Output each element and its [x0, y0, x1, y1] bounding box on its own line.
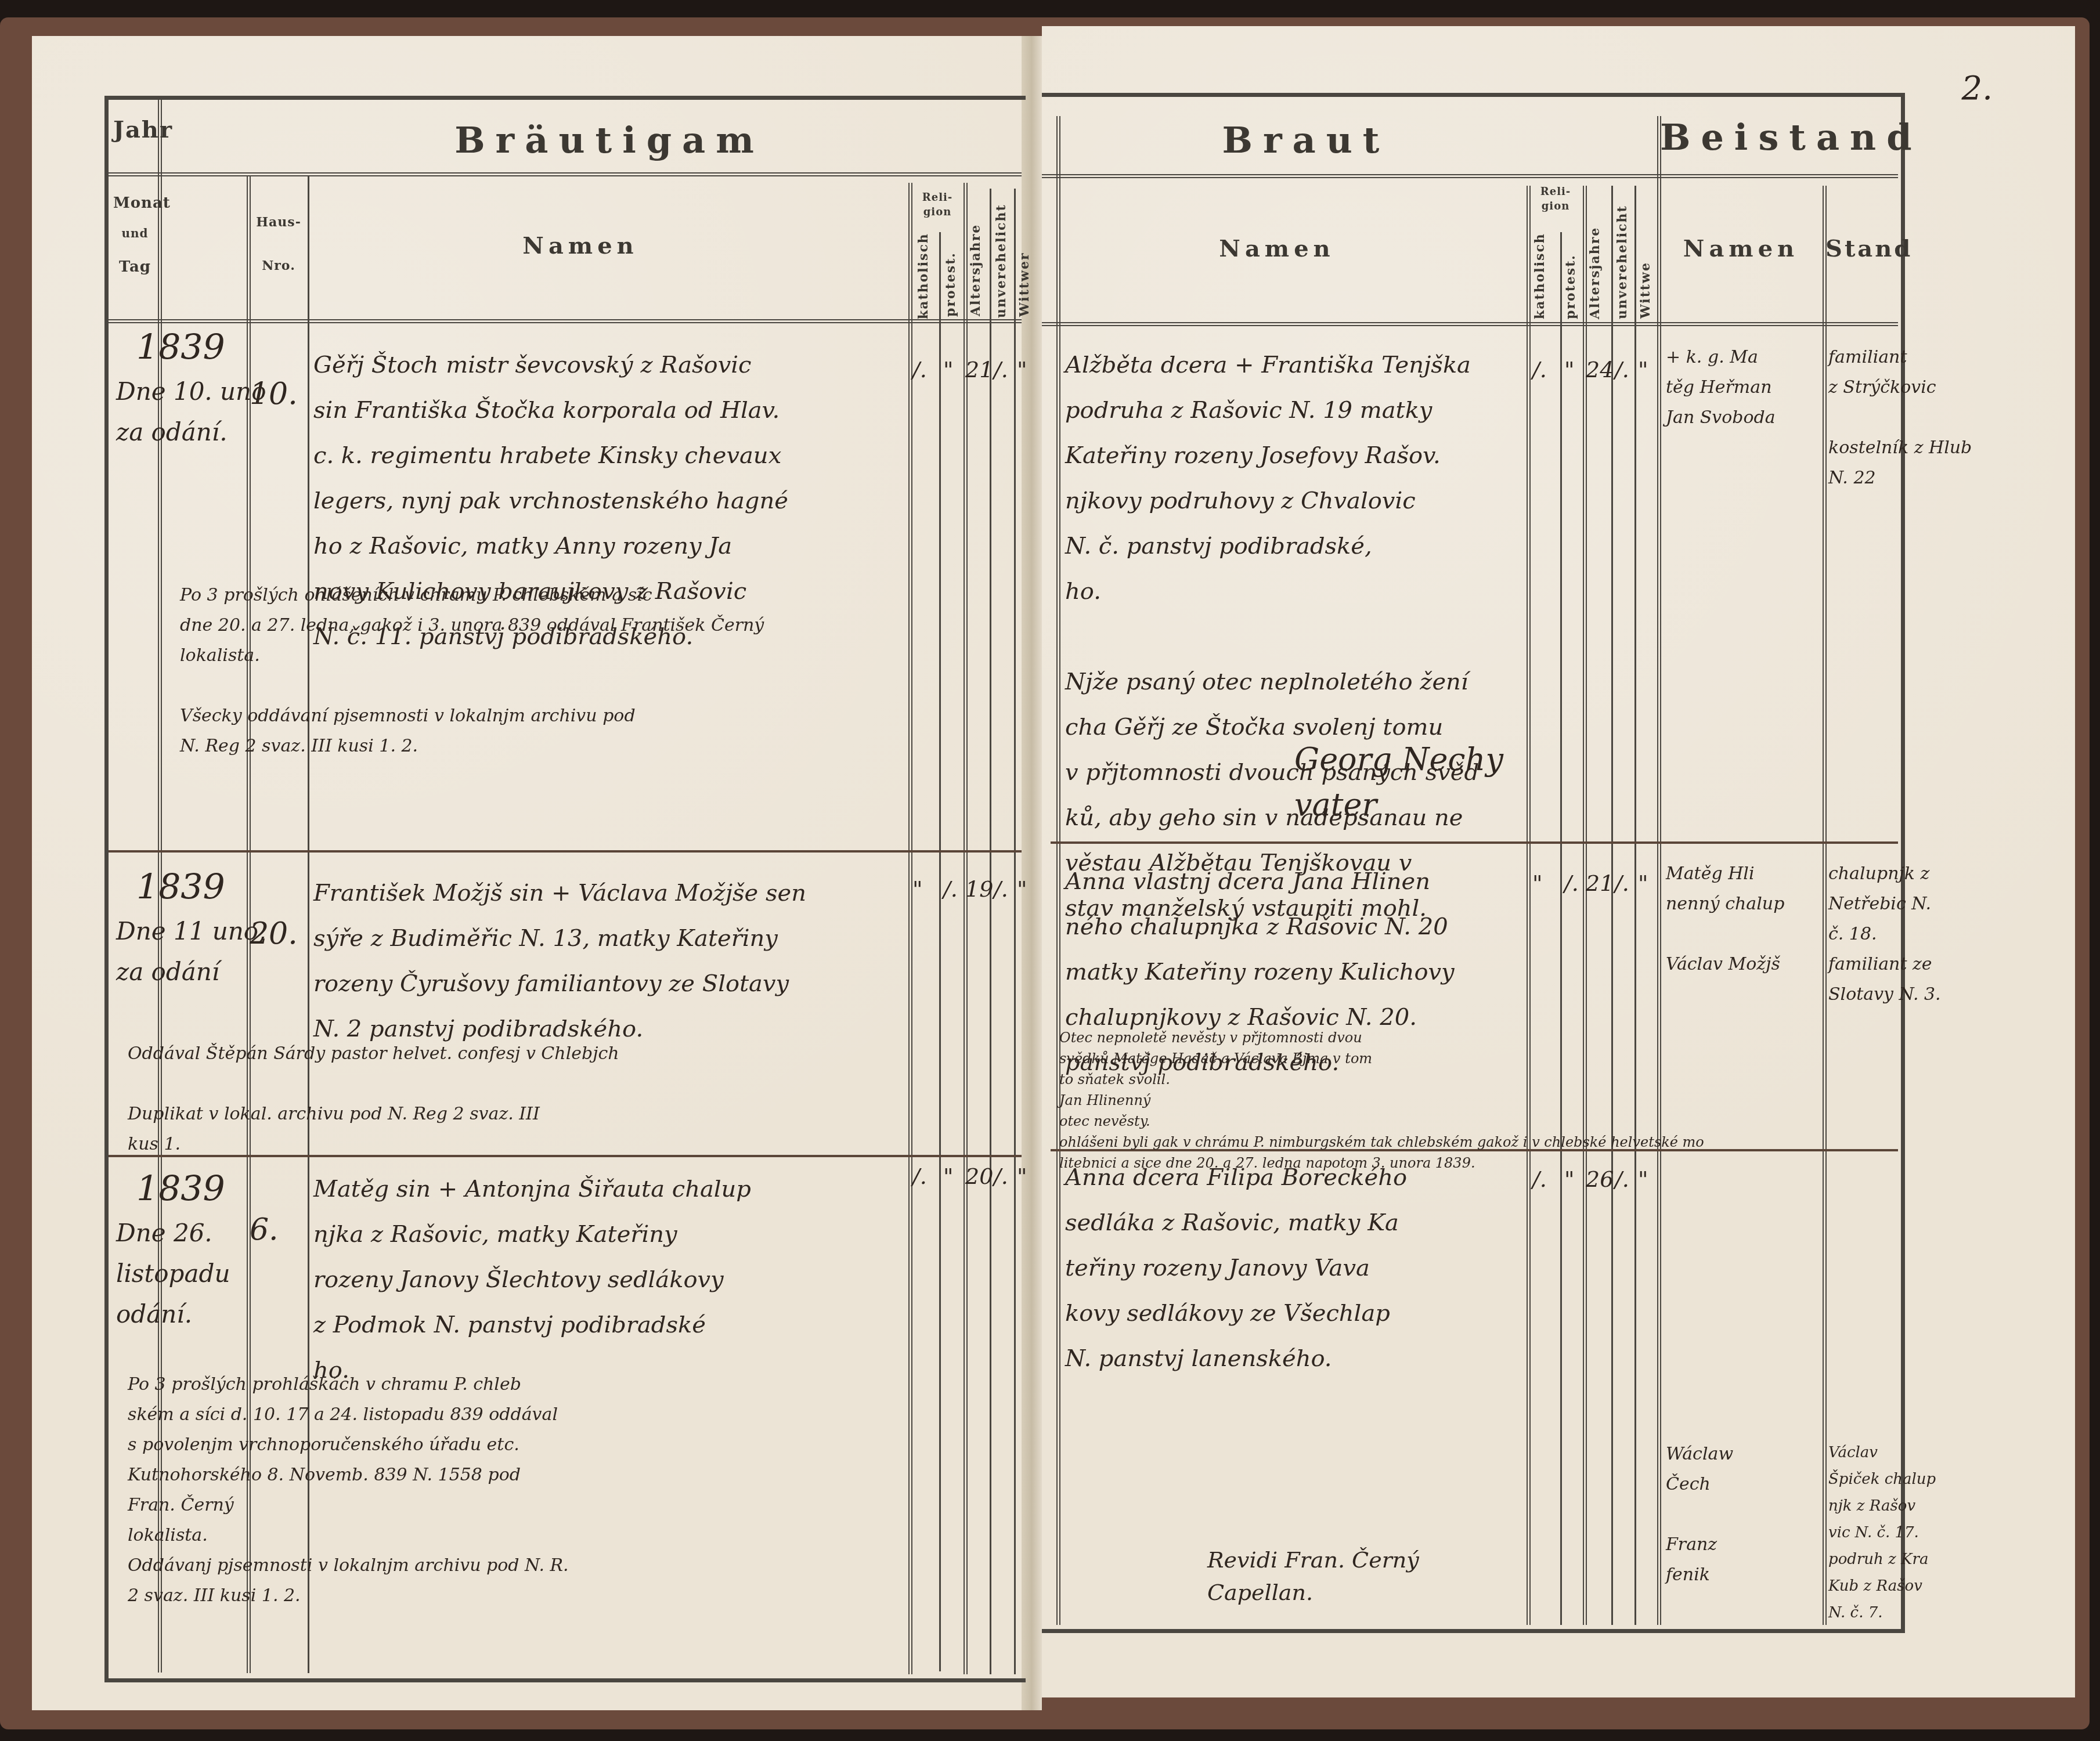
entry-2-groom-widower: "	[1017, 876, 1027, 902]
entry-3-bride-catholic: /.	[1532, 1166, 1547, 1192]
entry-1-groom-age: 21	[965, 357, 993, 382]
entry-2-bride-single: /.	[1615, 870, 1629, 896]
entry-3-groom-note: Po 3 prošlých prohláškách v chramu P. ch…	[128, 1370, 569, 1611]
entry-2-groom: František Možjš sin + Václava Možjše sen…	[313, 870, 806, 1052]
header-rule-top-right	[1042, 174, 1898, 178]
entry-3-groom-protestant: "	[943, 1164, 953, 1189]
entry-3-date: Dne 26. listopadu odání.	[116, 1213, 230, 1335]
entry-1-bride-catholic: /.	[1532, 357, 1547, 382]
header-bride: Braut	[1132, 119, 1480, 161]
header-rule-top-left	[109, 172, 1022, 176]
entry-2-groom-age: 19	[965, 876, 993, 902]
entry-3-groom-single: /.	[994, 1164, 1008, 1189]
header-catholic: katholisch	[916, 238, 931, 319]
header-witness: Beistand	[1660, 116, 1898, 158]
entry-3-bride-protestant: "	[1564, 1166, 1574, 1192]
entry-1-groom-protestant: "	[943, 357, 953, 382]
header-single: unverehelicht	[994, 203, 1009, 319]
header-bride-religion: Reli-	[1529, 186, 1582, 198]
header-age: Altersjahre	[968, 221, 983, 319]
entry-2-groom-single: /.	[994, 876, 1008, 902]
col-rule-bride-religion	[1527, 186, 1534, 1625]
header-groom: Bräutigam	[406, 119, 813, 161]
header-and: und	[113, 226, 157, 240]
entry-1-bride-protestant: "	[1564, 357, 1574, 382]
entry-3-witness-stand: Václav Špiček chalup njk z Rašov vic N. …	[1828, 1439, 1936, 1626]
header-witness-name: Namen	[1661, 235, 1821, 262]
entry-1-house: 10.	[250, 371, 298, 417]
page-number: 2.	[1962, 70, 1993, 107]
header-religion-2: gion	[911, 206, 964, 218]
entry-2-witness-name: Matěg Hli nenný chalup Václav Možjš	[1666, 859, 1784, 980]
header-bride-single: unverehelicht	[1615, 226, 1630, 319]
header-widower: Wittwer	[1017, 250, 1032, 319]
entry-3-year: 1839	[136, 1166, 225, 1212]
header-protestant: protest.	[943, 250, 958, 319]
entry-2-bride-protestant: /.	[1564, 870, 1579, 896]
col-rule-witness	[1657, 116, 1665, 1625]
entry-1-date: Dne 10. uno za odání.	[116, 371, 266, 453]
entry-1-groom-single: /.	[994, 357, 1008, 382]
header-month: Monat	[113, 194, 157, 212]
header-witness-stand: Stand	[1825, 235, 1898, 262]
col-rule-widower	[1014, 189, 1016, 1674]
entry-1-groom-note: Po 3 prošlých ohlášeních v chramu P. chl…	[180, 580, 764, 761]
entry-1-bride: Alžběta dcera + Františka Tenjška podruh…	[1065, 342, 1479, 931]
entry-1-year: 1839	[136, 325, 225, 370]
entry-3-groom-age: 20	[965, 1164, 993, 1189]
header-bride-name: Namen	[1132, 235, 1422, 262]
header-bride-protestant: protest.	[1563, 255, 1578, 319]
entry-2-groom-note: Oddával Štěpán Sárdy pastor helvet. conf…	[128, 1039, 619, 1160]
entry-3-groom: Matěg sin + Antonjna Šiřauta chalup njka…	[313, 1166, 751, 1393]
entry-3-bride-widow: "	[1638, 1166, 1648, 1192]
header-bride-age: Altersjahre	[1587, 232, 1603, 319]
entry-3-bride-age: 26	[1586, 1166, 1614, 1192]
col-rule-bride-single	[1611, 186, 1613, 1625]
header-groom-name: Namen	[464, 232, 697, 259]
entry-1-bride-signature: Georg Nechy vater	[1294, 737, 1503, 828]
header-house-nro: Nro.	[247, 258, 311, 273]
header-rule-bottom-right	[1042, 322, 1898, 326]
col-rule-single	[990, 189, 991, 1674]
entry-2-witness-stand: chalupnjk z Netřebic N. č. 18. familiant…	[1828, 859, 1941, 1010]
entry-1-groom-widower: "	[1017, 357, 1027, 382]
col-rule-bride-age	[1583, 186, 1590, 1625]
col-rule-age	[964, 183, 971, 1674]
header-day: Tag	[113, 258, 157, 276]
entry-2-bride-age: 21	[1586, 870, 1614, 896]
header-bride-religion-2: gion	[1529, 200, 1582, 212]
entry-2-house: 20.	[250, 911, 298, 956]
entry-2-bride-note: Otec nepnoletě nevěsty v přjtomnosti dvo…	[1059, 1027, 1901, 1173]
entry-3-groom-widower: "	[1017, 1164, 1027, 1189]
entry-separator-1-left	[109, 850, 1022, 853]
entry-2-bride-widow: "	[1638, 870, 1648, 896]
entry-2-groom-protestant: /.	[943, 876, 958, 902]
entry-3-witness-name: Wáclaw Čech Franz fenik	[1666, 1439, 1733, 1590]
col-rule-religion-start	[908, 183, 916, 1674]
entry-1-witness-stand: familiant z Strýčkovic kostelník z Hlub …	[1828, 342, 1972, 493]
entry-1-bride-widow: "	[1638, 357, 1648, 382]
entry-3-certification: Revidi Fran. Černý Capellan.	[1207, 1544, 1419, 1609]
header-widow: Wittwe	[1638, 261, 1653, 319]
header-year: Jahr	[113, 116, 157, 143]
entry-1-groom-catholic: /.	[912, 357, 927, 382]
entry-3-groom-catholic: /.	[912, 1164, 927, 1189]
header-house: Haus-	[247, 215, 311, 230]
entry-1-bride-age: 24	[1586, 357, 1614, 382]
entry-3-house: 6.	[250, 1207, 279, 1252]
entry-2-bride-catholic: "	[1532, 870, 1542, 896]
entry-2-year: 1839	[136, 865, 225, 910]
header-rule-bottom-left	[109, 319, 1022, 323]
header-bride-catholic: katholisch	[1532, 244, 1547, 319]
entry-3-bride-single: /.	[1615, 1166, 1629, 1192]
col-rule-bride-protest	[1560, 232, 1562, 1625]
entry-3-bride: Anna dcera Filipa Boreckého sedláka z Ra…	[1065, 1155, 1407, 1381]
entry-2-groom-catholic: "	[912, 876, 922, 902]
col-rule-protest	[939, 232, 941, 1671]
col-rule-bride-widow	[1634, 186, 1636, 1625]
header-religion: Reli-	[911, 192, 964, 204]
entry-1-bride-single: /.	[1615, 357, 1629, 382]
entry-2-date: Dne 11 uno, za odání	[116, 911, 266, 992]
entry-1-witness-name: + k. g. Ma těg Heřman Jan Svoboda	[1666, 342, 1776, 433]
col-rule-bride-start	[1056, 116, 1064, 1625]
